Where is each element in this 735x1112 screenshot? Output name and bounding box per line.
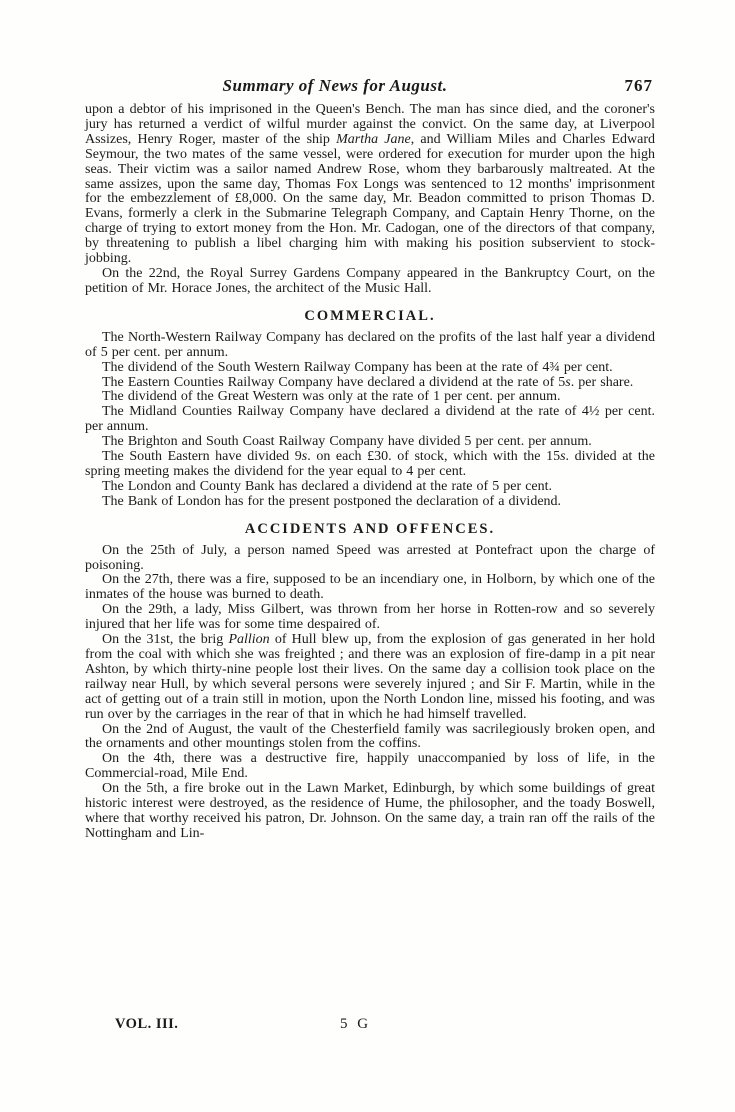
signature-mark: 5 G <box>340 1016 371 1033</box>
paragraph: On the 25th of July, a person named Spee… <box>85 544 655 574</box>
paragraph: The Bank of London has for the present p… <box>85 495 655 510</box>
paragraph: On the 2nd of August, the vault of the C… <box>85 723 655 753</box>
section-heading: COMMERCIAL. <box>85 308 655 325</box>
paragraph: The Midland Counties Railway Company hav… <box>85 405 655 435</box>
paragraph: The South Eastern have divided 9s. on ea… <box>85 450 655 480</box>
paragraph: On the 27th, there was a fire, supposed … <box>85 573 655 603</box>
volume-label: VOL. III. <box>115 1016 178 1033</box>
page-number: 767 <box>625 76 654 96</box>
paragraph: On the 22nd, the Royal Surrey Gardens Co… <box>85 267 655 297</box>
running-title: Summary of News for August. <box>85 76 655 96</box>
section-heading: ACCIDENTS AND OFFENCES. <box>85 521 655 538</box>
page-header: Summary of News for August. 767 <box>85 76 655 98</box>
paragraph: The Brighton and South Coast Railway Com… <box>85 435 655 450</box>
paragraph: The dividend of the Great Western was on… <box>85 390 655 405</box>
paragraph: The dividend of the South Western Railwa… <box>85 361 655 376</box>
paragraph: The North-Western Railway Company has de… <box>85 331 655 361</box>
paragraph: On the 5th, a fire broke out in the Lawn… <box>85 782 655 842</box>
paragraph: On the 4th, there was a destructive fire… <box>85 752 655 782</box>
page-body: upon a debtor of his imprisoned in the Q… <box>85 103 655 842</box>
scanned-page: Summary of News for August. 767 upon a d… <box>0 0 735 1112</box>
paragraph: upon a debtor of his imprisoned in the Q… <box>85 103 655 267</box>
paragraph: On the 29th, a lady, Miss Gilbert, was t… <box>85 603 655 633</box>
paragraph: On the 31st, the brig Pallion of Hull bl… <box>85 633 655 722</box>
paragraph: The London and County Bank has declared … <box>85 480 655 495</box>
page-footer: VOL. III. 5 G <box>85 1016 655 1036</box>
paragraph: The Eastern Counties Railway Company hav… <box>85 376 655 391</box>
